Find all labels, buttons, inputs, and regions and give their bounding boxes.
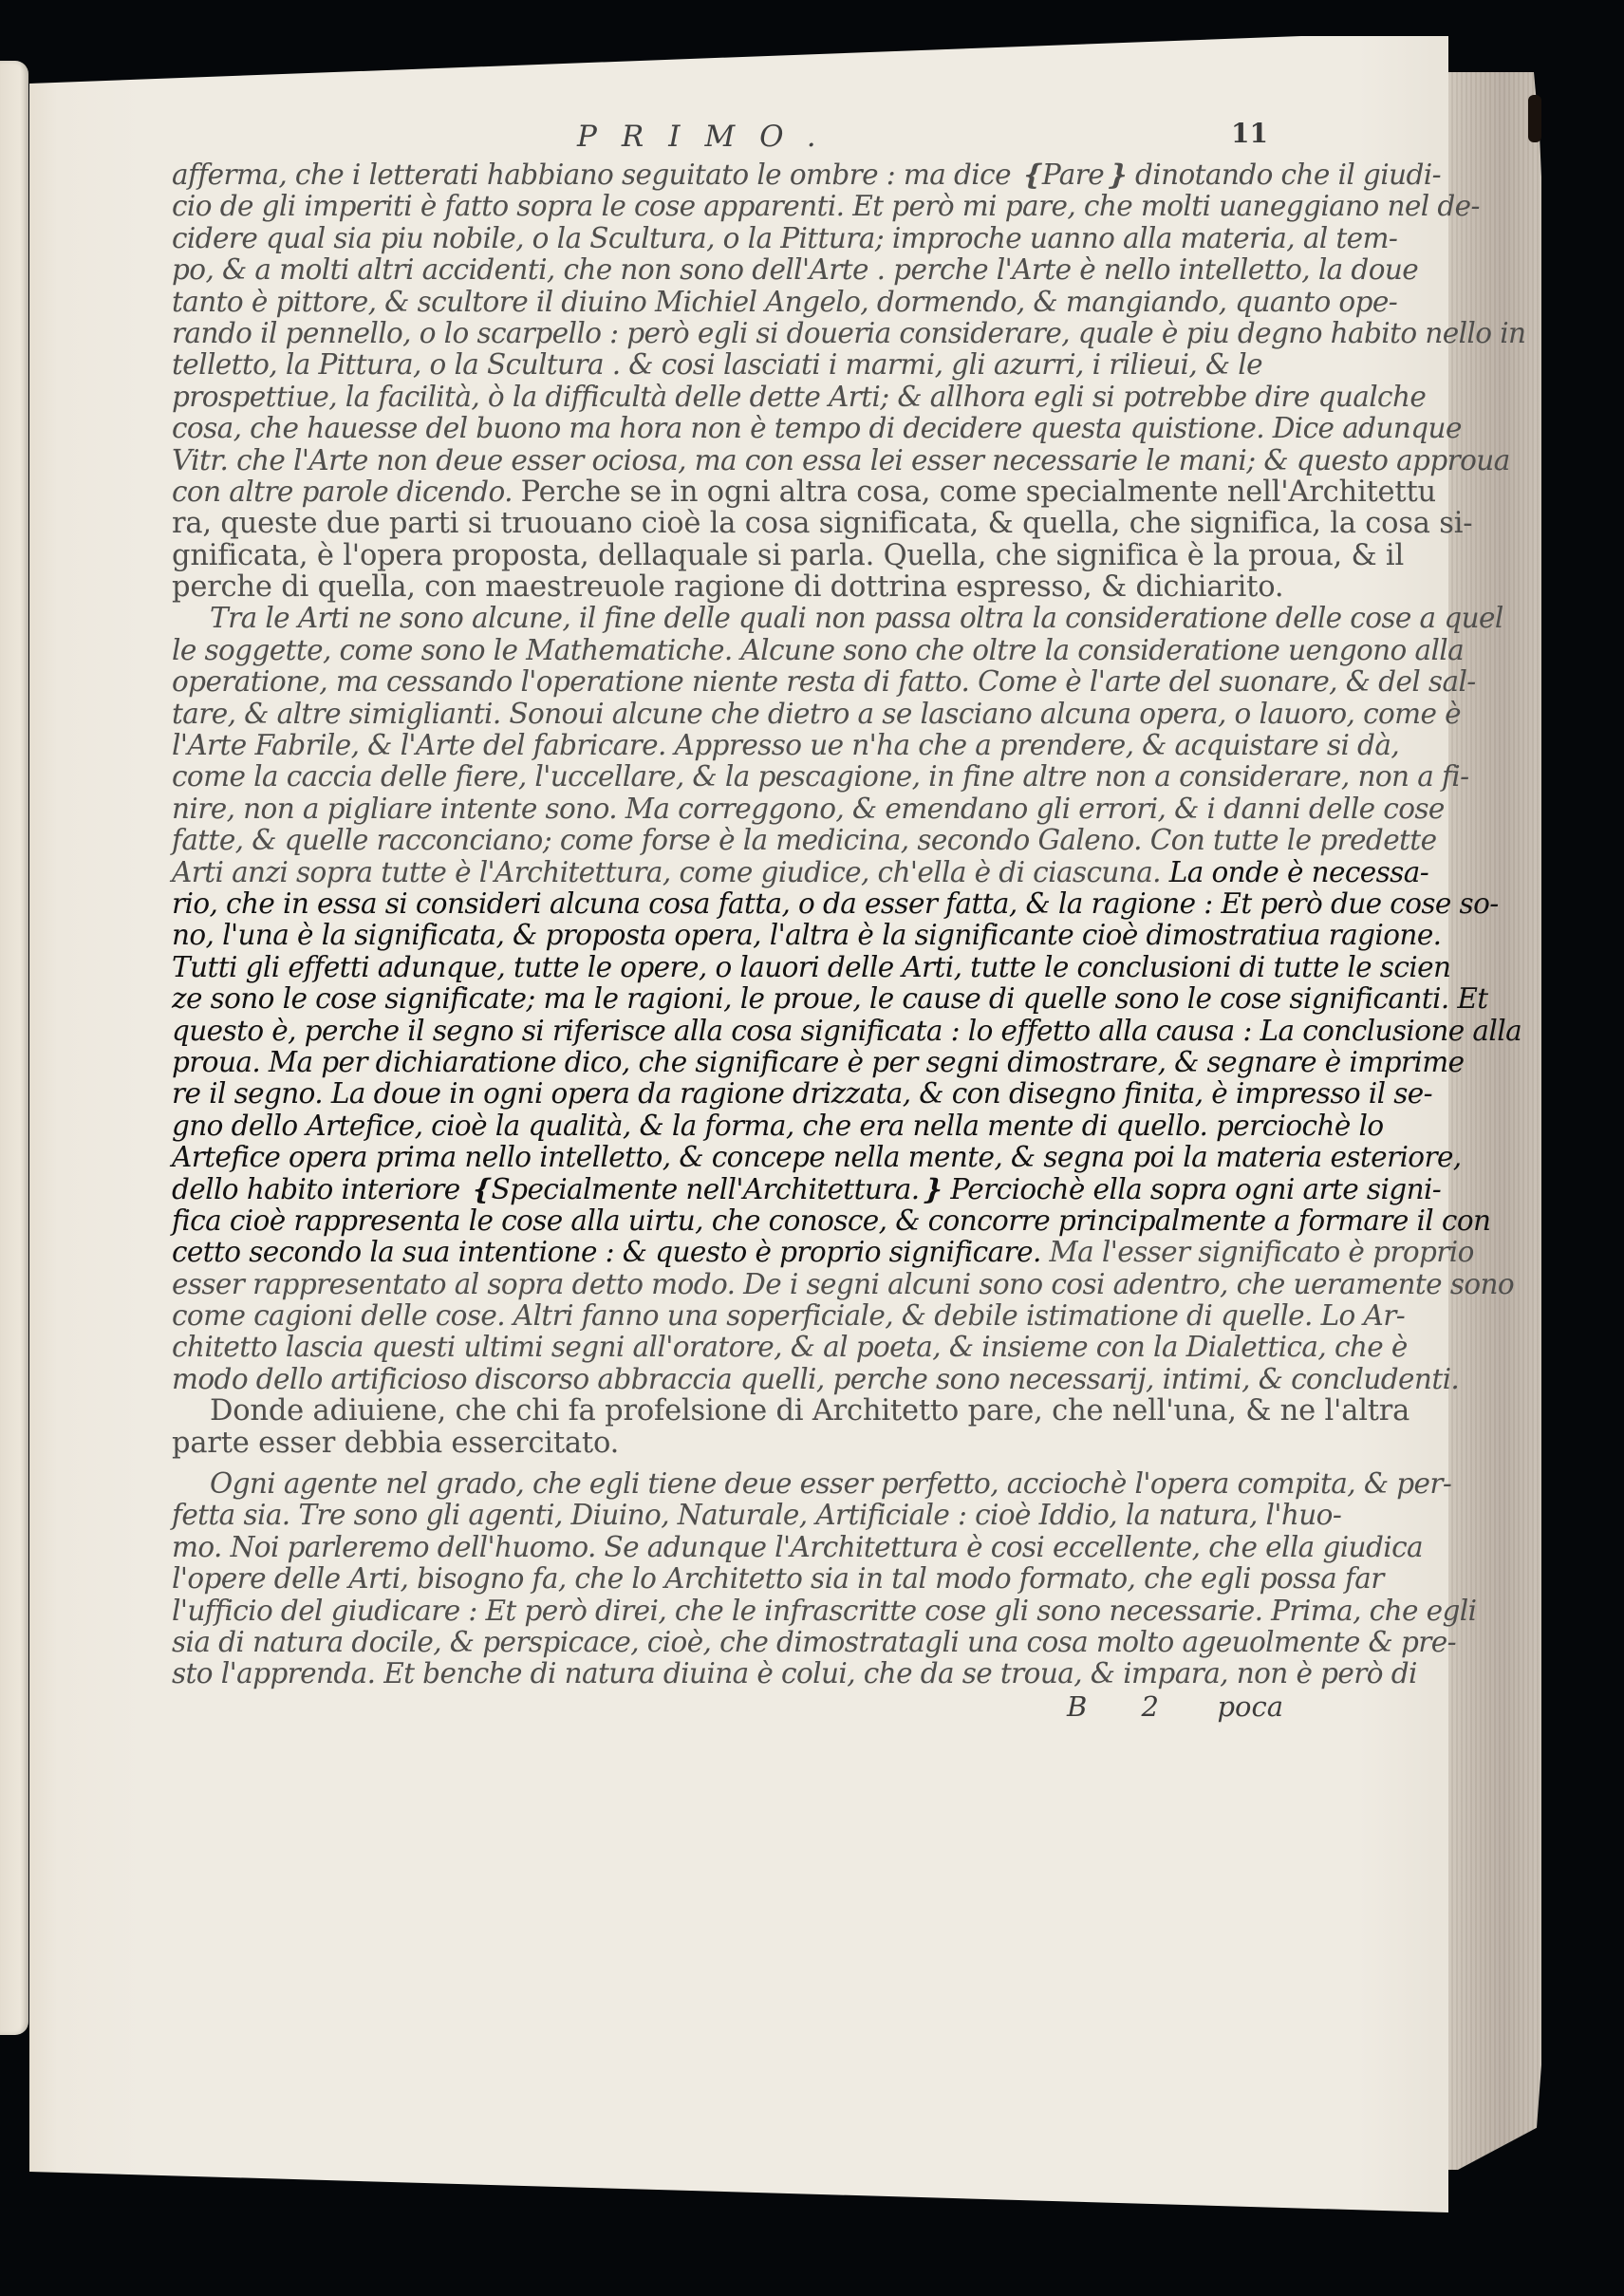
text-line: telletto, la Pittura, o la Scultura . & … xyxy=(172,349,1316,381)
text-line: esser rappresentato al sopra detto modo.… xyxy=(172,1269,1316,1300)
text-line: cetto secondo la sua intentione : & ques… xyxy=(172,1237,1316,1268)
text-line: con altre parole dicendo. Perche se in o… xyxy=(172,476,1316,508)
text-segment: re il segno. La doue in ogni opera da ra… xyxy=(172,1077,1432,1110)
text-segment: con altre parole dicendo. xyxy=(172,476,521,508)
text-line: fica cioè rappresenta le cose alla uirtu… xyxy=(172,1205,1316,1237)
facing-page-edge xyxy=(0,61,28,2035)
text-line: l'Arte Fabrile, & l'Arte del fabricare. … xyxy=(172,730,1316,761)
text-line: chitetto lascia questi ultimi segni all'… xyxy=(172,1332,1316,1363)
text-segment: proua. Ma per dichiaratione dico, che si… xyxy=(172,1046,1464,1078)
text-line: perche di quella, con maestreuole ragion… xyxy=(172,571,1316,603)
page-edge-damage xyxy=(1528,95,1541,142)
text-segment: Ogni agente nel grado, che egli tiene de… xyxy=(210,1467,1451,1500)
text-segment: Artefice opera prima nello intelletto, &… xyxy=(172,1141,1462,1173)
text-segment: Vitr. che l'Arte non deue esser ociosa, … xyxy=(172,444,1510,476)
text-segment: tare, & altre simiglianti. Sonoui alcune… xyxy=(172,698,1461,730)
text-segment: rio, che in essa si consideri alcuna cos… xyxy=(172,887,1499,920)
text-segment: ra, queste due parti si truouano cioè la… xyxy=(172,507,1472,540)
text-line: Ogni agente nel grado, che egli tiene de… xyxy=(172,1468,1316,1500)
text-segment: Donde adiuiene, che chi fa profelsione d… xyxy=(210,1394,1409,1428)
text-segment: come cagioni delle cose. Altri fanno una… xyxy=(172,1299,1405,1332)
text-segment: chitetto lascia questi ultimi segni all'… xyxy=(172,1331,1408,1363)
text-line: Arti anzi sopra tutte è l'Architettura, … xyxy=(172,857,1316,888)
text-line: afferma, che i letterati habbiano seguit… xyxy=(172,159,1316,191)
text-segment: fica cioè rappresenta le cose alla uirtu… xyxy=(172,1204,1490,1237)
text-segment: Tra le Arti ne sono alcune, il fine dell… xyxy=(210,602,1503,634)
text-segment: operatione, ma cessando l'operatione nie… xyxy=(172,665,1476,698)
text-line: proua. Ma per dichiaratione dico, che si… xyxy=(172,1047,1316,1078)
text-line: nire, non a pigliare intente sono. Ma co… xyxy=(172,793,1316,825)
text-line: Vitr. che l'Arte non deue esser ociosa, … xyxy=(172,445,1316,476)
text-line: prospettiue, la facilità, ò la difficult… xyxy=(172,382,1316,413)
text-segment: telletto, la Pittura, o la Scultura . & … xyxy=(172,348,1262,381)
text-segment: gnificata, è l'opera proposta, dellaqual… xyxy=(172,539,1404,572)
text-segment: l'Arte Fabrile, & l'Arte del fabricare. … xyxy=(172,729,1399,761)
text-line: cidere qual sia piu nobile, o la Scultur… xyxy=(172,223,1316,254)
text-line: come cagioni delle cose. Altri fanno una… xyxy=(172,1300,1316,1332)
signature-mark: B 2 xyxy=(1067,1690,1182,1723)
text-line: le soggette, come sono le Mathematiche. … xyxy=(172,635,1316,666)
page-stack-edge xyxy=(1447,72,1541,2170)
text-segment: po, & a molti altri accidenti, che non s… xyxy=(172,253,1418,286)
text-segment: le soggette, come sono le Mathematiche. … xyxy=(172,634,1464,666)
text-line: fetta sia. Tre sono gli agenti, Diuino, … xyxy=(172,1500,1316,1531)
text-segment: Ma l'esser significato è proprio xyxy=(1050,1236,1474,1268)
text-segment: mo. Noi parleremo dell'huomo. Se adunque… xyxy=(172,1531,1423,1563)
text-line: cosa, che hauesse del buono ma hora non … xyxy=(172,413,1316,444)
text-line: questo è, perche il segno si riferisce a… xyxy=(172,1016,1316,1047)
text-segment: dello habito interiore ❴Specialmente nel… xyxy=(172,1173,1441,1205)
text-segment: l'opere delle Arti, bisogno fa, che lo A… xyxy=(172,1562,1384,1595)
text-line: po, & a molti altri accidenti, che non s… xyxy=(172,254,1316,286)
text-segment: esser rappresentato al sopra detto modo.… xyxy=(172,1268,1514,1300)
text-line: gnificata, è l'opera proposta, dellaqual… xyxy=(172,540,1316,571)
text-line: cio de gli imperiti è fatto sopra le cos… xyxy=(172,191,1316,222)
text-segment: cio de gli imperiti è fatto sopra le cos… xyxy=(172,190,1480,222)
text-line: ze sono le cose significate; ma le ragio… xyxy=(172,983,1316,1015)
text-line: parte esser debbia essercitato. xyxy=(172,1428,1316,1459)
text-line: dello habito interiore ❴Specialmente nel… xyxy=(172,1174,1316,1205)
text-segment: Tutti gli effetti adunque, tutte le oper… xyxy=(172,951,1450,983)
text-segment: prospettiue, la facilità, ò la difficult… xyxy=(172,381,1426,413)
text-segment: no, l'una è la significata, & proposta o… xyxy=(172,919,1441,951)
text-line: sto l'apprenda. Et benche di natura diui… xyxy=(172,1658,1316,1689)
text-line: rando il pennello, o lo scarpello : però… xyxy=(172,318,1316,349)
text-segment: nire, non a pigliare intente sono. Ma co… xyxy=(172,793,1445,825)
text-line: Tra le Arti ne sono alcune, il fine dell… xyxy=(172,603,1316,634)
text-segment: modo dello artificioso discorso abbracci… xyxy=(172,1363,1459,1395)
text-line: re il segno. La doue in ogni opera da ra… xyxy=(172,1078,1316,1110)
text-segment: gno dello Artefice, cioè la qualità, & l… xyxy=(172,1110,1384,1142)
text-line: l'ufficio del giudicare : Et però direi,… xyxy=(172,1596,1316,1627)
running-title: PRIMO. xyxy=(577,120,841,154)
text-line: ra, queste due parti si truouano cioè la… xyxy=(172,508,1316,539)
page-text-block: PRIMO. 11 afferma, che i letterati habbi… xyxy=(172,104,1316,1725)
text-segment: sto l'apprenda. Et benche di natura diui… xyxy=(172,1657,1417,1689)
body-text: afferma, che i letterati habbiano seguit… xyxy=(172,159,1316,1690)
text-segment: sia di natura docile, & perspicace, cioè… xyxy=(172,1626,1456,1658)
page-number: 11 xyxy=(1231,118,1268,149)
text-segment: cosa, che hauesse del buono ma hora non … xyxy=(172,412,1462,444)
text-line: no, l'una è la significata, & proposta o… xyxy=(172,920,1316,951)
text-segment: parte esser debbia essercitato. xyxy=(172,1427,619,1460)
running-head: PRIMO. 11 xyxy=(172,104,1316,159)
text-segment: afferma, che i letterati habbiano seguit… xyxy=(172,159,1441,191)
text-segment: ze sono le cose significate; ma le ragio… xyxy=(172,982,1488,1015)
text-segment: fatte, & quelle racconciano; come forse … xyxy=(172,824,1436,856)
text-line: mo. Noi parleremo dell'huomo. Se adunque… xyxy=(172,1532,1316,1563)
text-segment: come la caccia delle fiere, l'uccellare,… xyxy=(172,760,1469,793)
text-line: l'opere delle Arti, bisogno fa, che lo A… xyxy=(172,1563,1316,1595)
text-line: tare, & altre simiglianti. Sonoui alcune… xyxy=(172,699,1316,730)
text-segment: fetta sia. Tre sono gli agenti, Diuino, … xyxy=(172,1499,1341,1531)
text-segment: tanto è pittore, & scultore il diuino Mi… xyxy=(172,286,1397,318)
text-line: sia di natura docile, & perspicace, cioè… xyxy=(172,1627,1316,1658)
text-line: operatione, ma cessando l'operatione nie… xyxy=(172,666,1316,698)
text-line: rio, che in essa si consideri alcuna cos… xyxy=(172,888,1316,920)
text-segment: perche di quella, con maestreuole ragion… xyxy=(172,570,1283,604)
text-line: gno dello Artefice, cioè la qualità, & l… xyxy=(172,1111,1316,1142)
catchword: poca xyxy=(1217,1690,1283,1723)
text-line: Tutti gli effetti adunque, tutte le oper… xyxy=(172,952,1316,983)
text-line: fatte, & quelle racconciano; come forse … xyxy=(172,825,1316,856)
text-segment: La onde è necessa- xyxy=(1169,856,1428,888)
text-segment: cetto secondo la sua intentione : & ques… xyxy=(172,1236,1050,1268)
text-line: modo dello artificioso discorso abbracci… xyxy=(172,1364,1316,1395)
text-line: come la caccia delle fiere, l'uccellare,… xyxy=(172,761,1316,793)
text-segment: Perche se in ogni altra cosa, come speci… xyxy=(521,476,1436,509)
text-segment: rando il pennello, o lo scarpello : però… xyxy=(172,317,1525,349)
text-line: Artefice opera prima nello intelletto, &… xyxy=(172,1142,1316,1173)
text-line: tanto è pittore, & scultore il diuino Mi… xyxy=(172,287,1316,318)
text-segment: questo è, perche il segno si riferisce a… xyxy=(172,1015,1521,1047)
text-segment: l'ufficio del giudicare : Et però direi,… xyxy=(172,1595,1476,1627)
page-footer: B 2 poca xyxy=(172,1690,1316,1725)
text-segment: Arti anzi sopra tutte è l'Architettura, … xyxy=(172,856,1169,888)
text-line: Donde adiuiene, che chi fa profelsione d… xyxy=(172,1395,1316,1427)
text-segment: cidere qual sia piu nobile, o la Scultur… xyxy=(172,222,1397,254)
